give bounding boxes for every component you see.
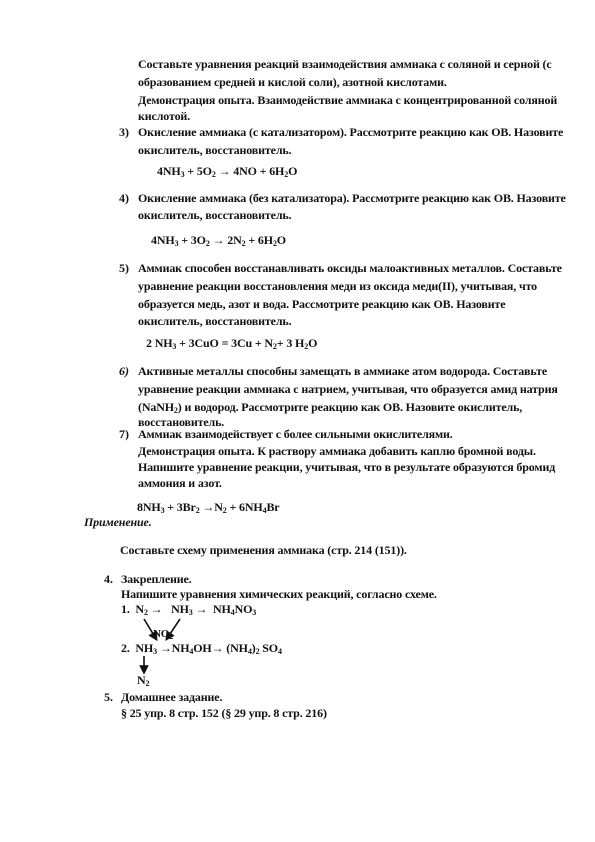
list-number: 4. [104,572,113,586]
section-heading-application: Применение. [84,515,152,529]
text-line: кислотой. [138,109,190,123]
list-number: 5. [104,690,113,704]
text-line: Напишите уравнение реакции, учитывая, чт… [138,460,555,474]
equation-copper-reduction: 2 NH3 + 3CuO = 3Cu + N2+ 3 H2O [146,336,317,350]
text-line: Окисление аммиака (без катализатора). Ра… [138,191,566,205]
text-line: образуется медь, азот и вода. Рассмотрит… [138,297,505,311]
text-line: Составьте схему применения аммиака (стр.… [120,543,407,557]
list-number: 3) [119,125,129,139]
text-line: Активные металлы способны замещать в амм… [138,364,547,378]
list-number: 7) [119,427,129,441]
scheme-2: 2. NH3 →NH4OH→ (NH4)2 SO4 [121,641,282,655]
equation-oxidation: 4NH3 + 3O2 → 2N2 + 6H2O [151,233,286,247]
list-number: 4) [119,191,129,205]
list-number: 5) [119,261,129,275]
equation-bromine: 8NH3 + 3Br2 →N2 + 6NH4Br [137,500,279,514]
branch-no2: NO2 [153,627,173,641]
list-number: 6) [119,364,129,378]
text-line: уравнение реакции аммиака с натрием, учи… [138,382,558,396]
text-line: уравнение реакции восстановления меди из… [138,279,537,293]
scheme-2-down-n2: N2 [137,673,149,687]
text-line: Демонстрация опыта. К раствору аммиака д… [138,444,536,458]
text-line: Окисление аммиака (с катализатором). Рас… [138,125,563,139]
text-line: (NaNH2) и водород. Рассмотрите реакцию к… [138,400,522,414]
text-line: Аммиак взаимодействует с более сильными … [138,427,453,441]
text-line: окислитель, восстановитель. [138,143,291,157]
text-line: окислитель, восстановитель. [138,314,291,328]
text-line: образованием средней и кислой соли), азо… [138,75,447,89]
text-line: Демонстрация опыта. Взаимодействие аммиа… [138,93,557,107]
text-line: окислитель, восстановитель. [138,208,291,222]
text-line: Напишите уравнения химических реакций, с… [121,587,437,601]
text-line: Аммиак способен восстанавливать оксиды м… [138,261,562,275]
down-arrow-icon [137,655,151,675]
text-line: Составьте уравнения реакций взаимодейств… [138,57,552,71]
scheme-1: 1. N2 → NH3 → NH4NO3 [121,602,256,616]
section-heading-consolidation: Закрепление. [121,572,192,586]
text-line: § 25 упр. 8 стр. 152 (§ 29 упр. 8 стр. 2… [121,706,327,720]
section-heading-homework: Домашнее задание. [121,690,222,704]
equation-catalytic-oxidation: 4NH3 + 5O2 → 4NO + 6H2O [157,164,297,178]
text-line: аммония и азот. [138,476,222,490]
